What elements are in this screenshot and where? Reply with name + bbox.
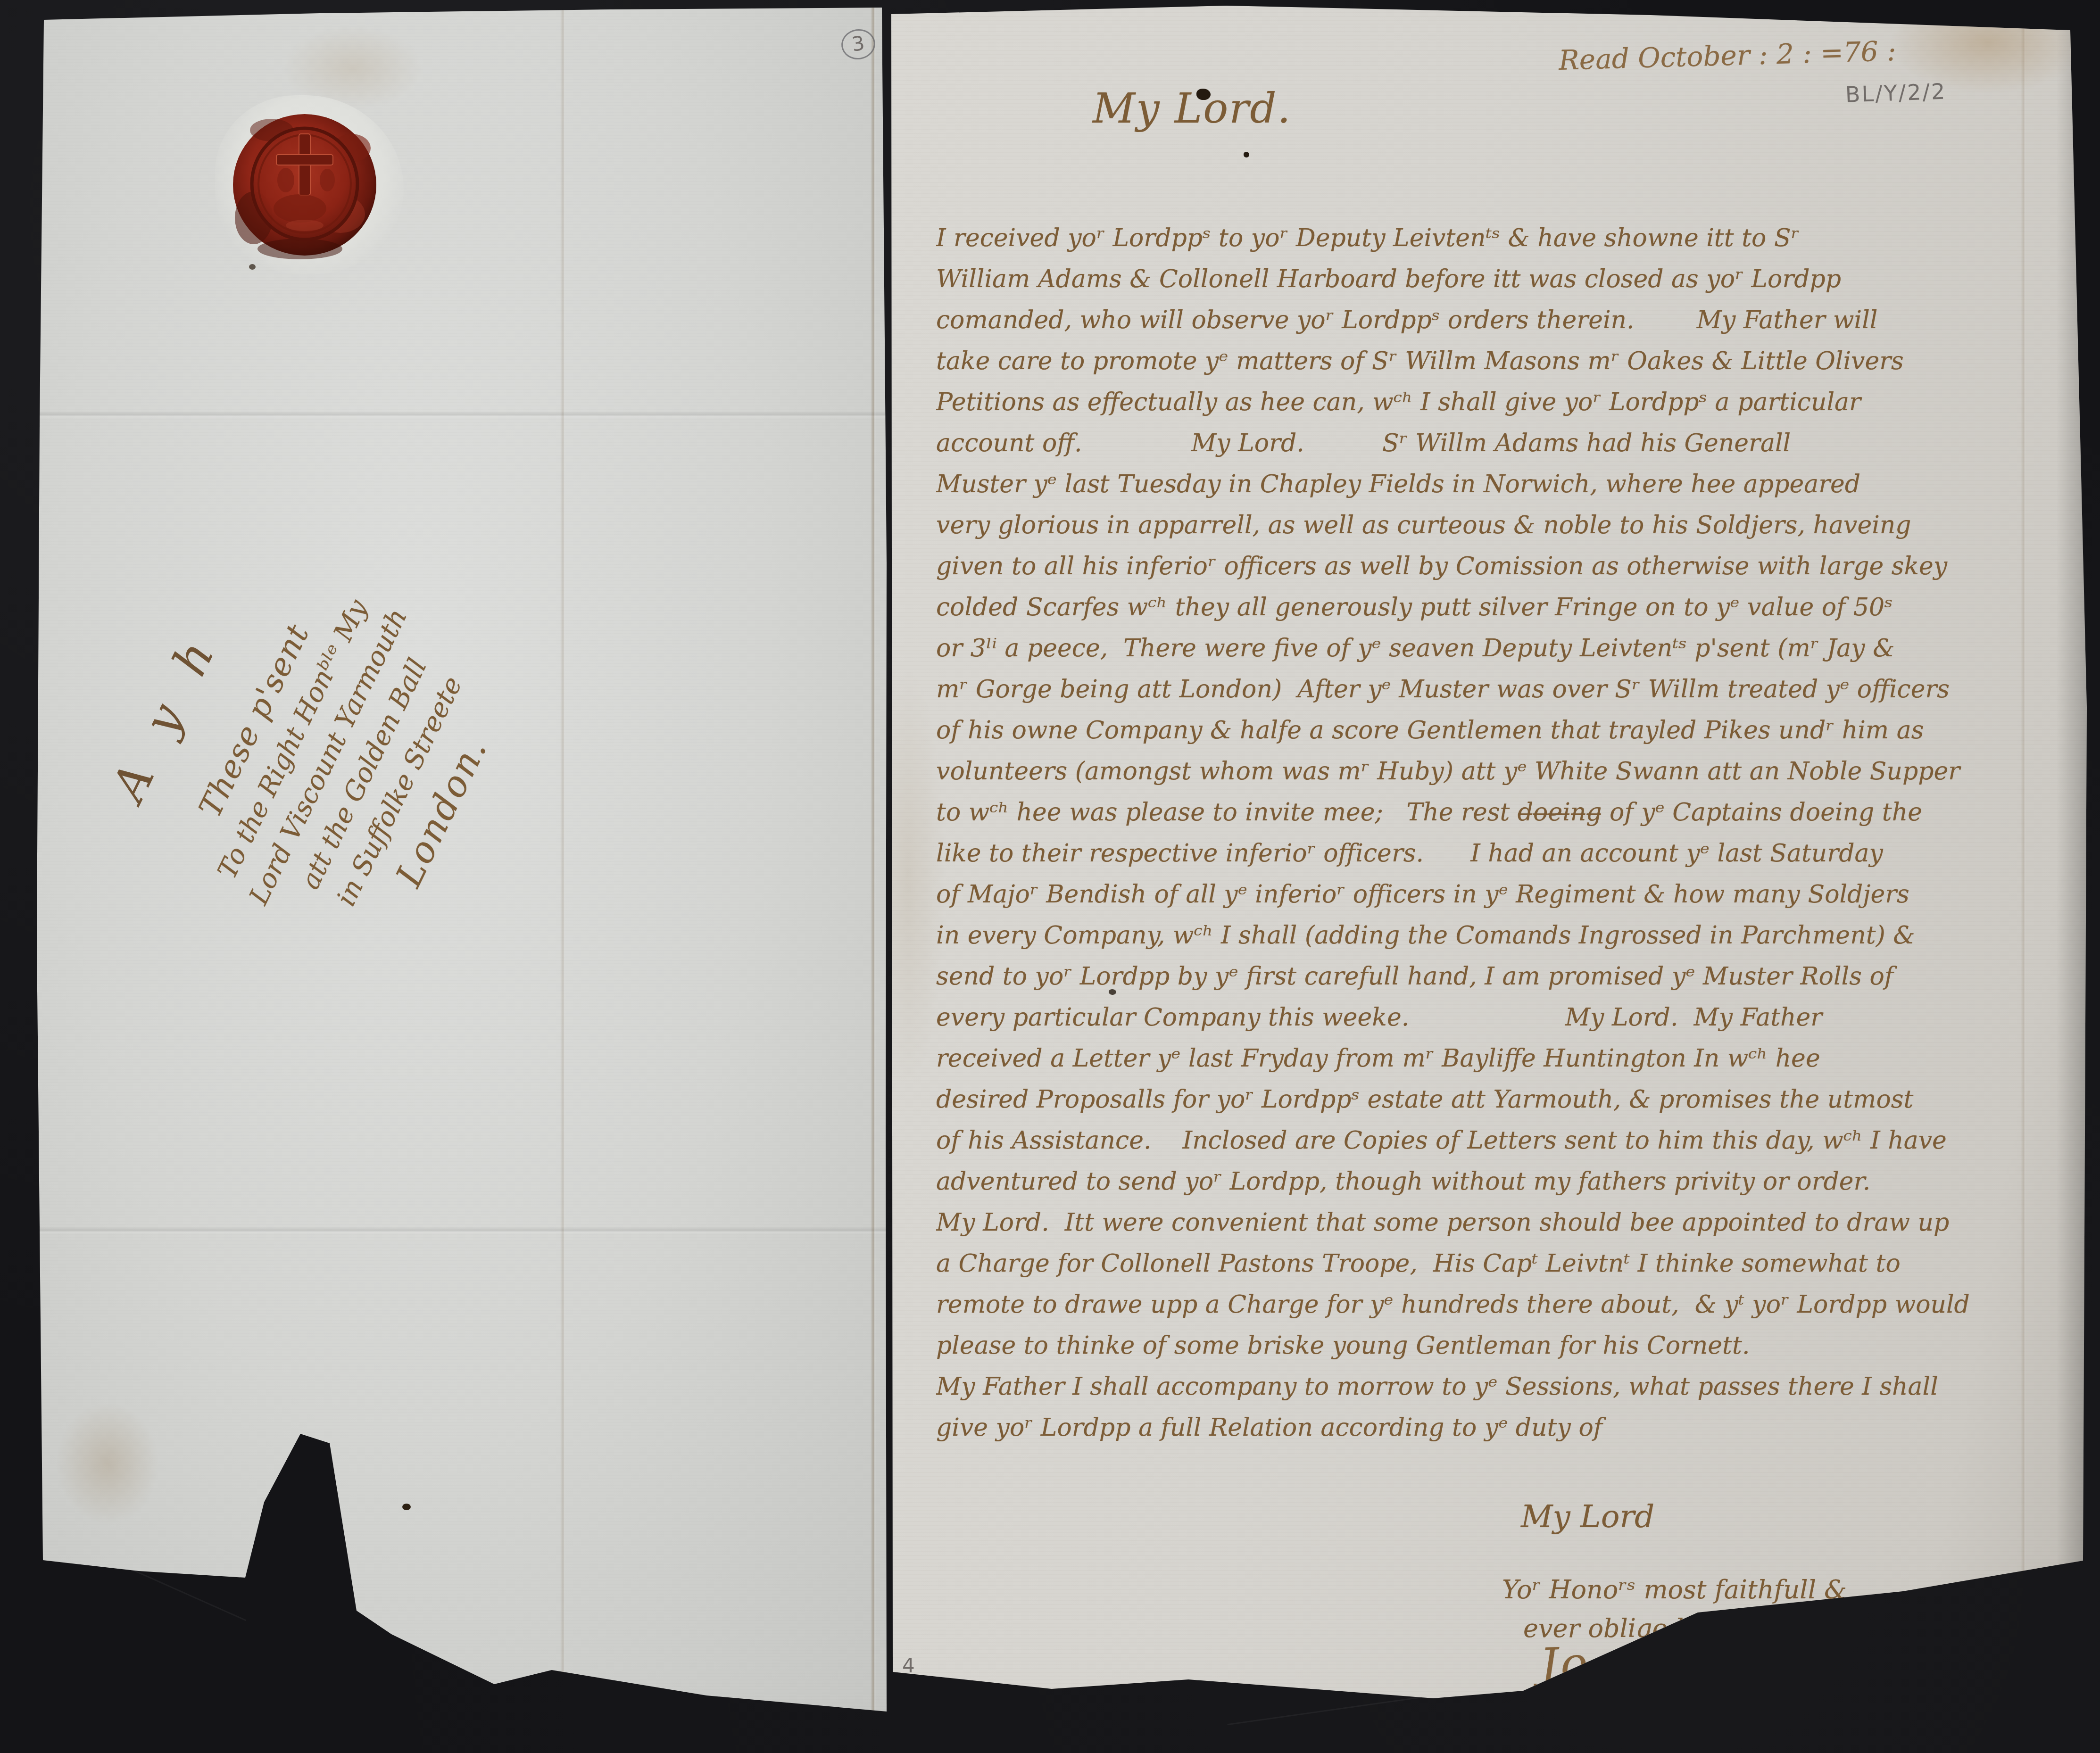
- docket-date: Read October : 2 : =76 :: [1558, 35, 1896, 76]
- damp-stain: [56, 1402, 159, 1525]
- fold-crease-stained: [871, 7, 876, 1727]
- letter-line: of Majoʳ Bendish of all yᵉ inferioʳ offi…: [936, 874, 2082, 915]
- letter-line: given to all his inferioʳ officers as we…: [936, 546, 2082, 587]
- letter-line: account off. My Lord. Sʳ Willm Adams had…: [936, 423, 2082, 464]
- fold-crease: [560, 7, 566, 1727]
- letter-line: send to yoʳ Lordpp by yᵉ first carefull …: [936, 956, 2082, 997]
- wax-seal-graphic: [229, 109, 380, 260]
- address-block: These p'sent To the Right Honᵇˡᵉ My Lord…: [104, 445, 667, 1124]
- letter-page: Read October : 2 : =76 : BL/Y/2/2 My Lor…: [889, 5, 2089, 1718]
- pencil-reference: BL/Y/2/2: [1845, 78, 1947, 107]
- letter-line: mʳ Gorge being att London) After yᵉ Must…: [936, 669, 2082, 710]
- letter-line: Muster yᵉ last Tuesday in Chapley Fields…: [936, 464, 2082, 505]
- ink-blot: [1244, 152, 1249, 157]
- letter-line: desired Proposalls for yoʳ Lordppˢ estat…: [936, 1079, 2082, 1120]
- pencil-page-number: 4: [902, 1654, 915, 1677]
- letter-line: in every Company, wᶜʰ I shall (adding th…: [936, 915, 2082, 956]
- ink-blot: [249, 264, 256, 270]
- letter-line: adventured to send yoʳ Lordpp, though wi…: [936, 1161, 2082, 1202]
- letter-line: like to their respective inferioʳ office…: [936, 833, 2082, 874]
- photograph: 3 These p'sent To the Right Honᵇˡᵉ My Lo…: [0, 0, 2100, 1753]
- letter-line: William Adams & Collonell Harboard befor…: [936, 259, 2082, 300]
- letter-line: to wᶜʰ hee was please to invite mee; The…: [936, 792, 2082, 833]
- closing-line: Yoʳ Honoʳˢ most faithfull &: [1502, 1575, 1847, 1604]
- letter-line: I received yoʳ Lordppˢ to yoʳ Deputy Lei…: [936, 218, 2082, 259]
- letter-line: remote to drawe upp a Charge for yᵉ hund…: [936, 1284, 2082, 1325]
- letter-line: of his owne Company & halfe a score Gent…: [936, 710, 2082, 751]
- letter-line: volunteers (amongst whom was mʳ Huby) at…: [936, 751, 2082, 792]
- letter-line: My Lord. Itt were convenient that some p…: [936, 1202, 2082, 1243]
- salutation: My Lord.: [1093, 84, 1292, 132]
- letter-line: of his Assistance. Inclosed are Copies o…: [936, 1120, 2082, 1161]
- wax-seal: [229, 109, 380, 260]
- letter-line: received a Letter yᵉ last Fryday from mʳ…: [936, 1038, 2082, 1079]
- letter-line: Petitions as effectually as hee can, wᶜʰ…: [936, 382, 2082, 423]
- fold-crease: [27, 411, 891, 419]
- letter-line: very glorious in apparrell, as well as c…: [936, 505, 2082, 546]
- closing-vocative: My Lord: [1521, 1498, 1654, 1535]
- letter-line: take care to promote yᵉ matters of Sʳ Wi…: [936, 341, 2082, 382]
- letter-line: please to thinke of some briske young Ge…: [936, 1325, 2082, 1366]
- letter-line: or 3ˡⁱ a peece, There were five of yᵉ se…: [936, 628, 2082, 669]
- letter-line: give yoʳ Lordpp a full Relation accordin…: [936, 1407, 2082, 1448]
- address-leaf: 3 These p'sent To the Right Honᵇˡᵉ My Lo…: [27, 7, 891, 1727]
- ink-blot: [402, 1504, 411, 1510]
- letter-line: a Charge for Collonell Pastons Troope, H…: [936, 1243, 2082, 1284]
- letter-body: I received yoʳ Lordppˢ to yoʳ Deputy Lei…: [936, 218, 2082, 1491]
- fold-crease: [27, 1227, 891, 1234]
- letter-line: every particular Company this weeke. My …: [936, 997, 2082, 1038]
- letter-line: My Father I shall accompany to morrow to…: [936, 1366, 2082, 1407]
- letter-line: colded Scarfes wᶜʰ they all generously p…: [936, 587, 2082, 628]
- letter-line: comanded, who will observe yoʳ Lordppˢ o…: [936, 300, 2082, 341]
